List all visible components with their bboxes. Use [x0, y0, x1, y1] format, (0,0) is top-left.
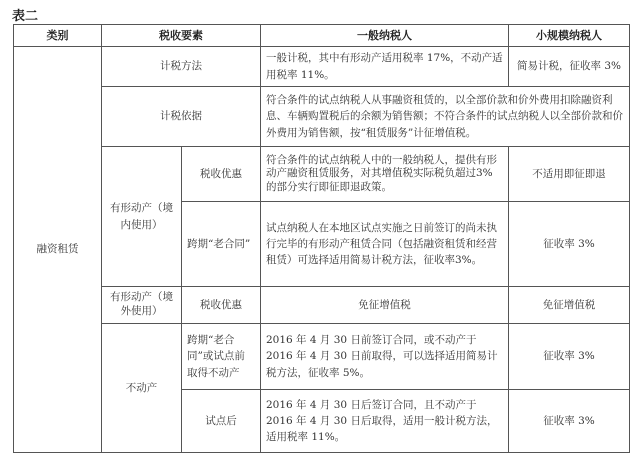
- small-cell: 免征增值税: [509, 287, 630, 324]
- element-cell: 计税依据: [102, 87, 261, 147]
- small-cell: 征收率 3%: [509, 390, 630, 453]
- general-cell: 2016 年 4 月 30 日后签订合同，且不动产于 2016 年 4 月 30…: [261, 390, 509, 453]
- table-row: 融资租赁 计税方法 一般计税，其中有形动产适用税率 17%，不动产适用税率 11…: [14, 47, 630, 87]
- small-cell: 简易计税，征收率 3%: [509, 47, 630, 87]
- element-cell: 计税方法: [102, 47, 261, 87]
- element-cell: 跨期“老合同”或试点前取得不动产: [182, 324, 261, 390]
- tax-table: 类别 税收要素 一般纳税人 小规模纳税人 融资租赁 计税方法 一般计税，其中有形…: [13, 24, 630, 453]
- small-cell: 征收率 3%: [509, 324, 630, 390]
- header-category: 类别: [14, 25, 102, 47]
- header-tax-element: 税收要素: [102, 25, 261, 47]
- merged-basis-cell: 符合条件的试点纳税人从事融资租赁的，以全部价款和价外费用扣除融资利息、车辆购置税…: [261, 87, 630, 147]
- category-cell: 融资租赁: [14, 47, 102, 453]
- group-cell: 有形动产（境内使用）: [102, 147, 182, 287]
- general-cell: 一般计税，其中有形动产适用税率 17%，不动产适用税率 11%。: [261, 47, 509, 87]
- general-cell: 符合条件的试点纳税人中的一般纳税人，提供有形动产融资租赁服务，对其增值税实际税负…: [261, 147, 509, 202]
- table-row: 计税依据 符合条件的试点纳税人从事融资租赁的，以全部价款和价外费用扣除融资利息、…: [14, 87, 630, 147]
- group-cell: 有形动产（境外使用）: [102, 287, 182, 324]
- general-cell: 免征增值税: [261, 287, 509, 324]
- header-small-taxpayer: 小规模纳税人: [509, 25, 630, 47]
- element-cell: 税收优惠: [182, 147, 261, 202]
- small-cell: 不适用即征即退: [509, 147, 630, 202]
- header-row: 类别 税收要素 一般纳税人 小规模纳税人: [14, 25, 630, 47]
- element-cell: 税收优惠: [182, 287, 261, 324]
- table-row: 有形动产（境外使用） 税收优惠 免征增值税 免征增值税: [14, 287, 630, 324]
- element-cell: 试点后: [182, 390, 261, 453]
- group-cell: 不动产: [102, 324, 182, 453]
- general-cell: 试点纳税人在本地区试点实施之日前签订的尚未执行完毕的有形动产租赁合同（包括融资租…: [261, 202, 509, 287]
- element-cell: 跨期“老合同”: [182, 202, 261, 287]
- table-row: 有形动产（境内使用） 税收优惠 符合条件的试点纳税人中的一般纳税人，提供有形动产…: [14, 147, 630, 202]
- header-general-taxpayer: 一般纳税人: [261, 25, 509, 47]
- small-cell: 征收率 3%: [509, 202, 630, 287]
- table-caption: 表二: [12, 5, 38, 24]
- table-row: 不动产 跨期“老合同”或试点前取得不动产 2016 年 4 月 30 日前签订合…: [14, 324, 630, 390]
- general-cell: 2016 年 4 月 30 日前签订合同，或不动产于 2016 年 4 月 30…: [261, 324, 509, 390]
